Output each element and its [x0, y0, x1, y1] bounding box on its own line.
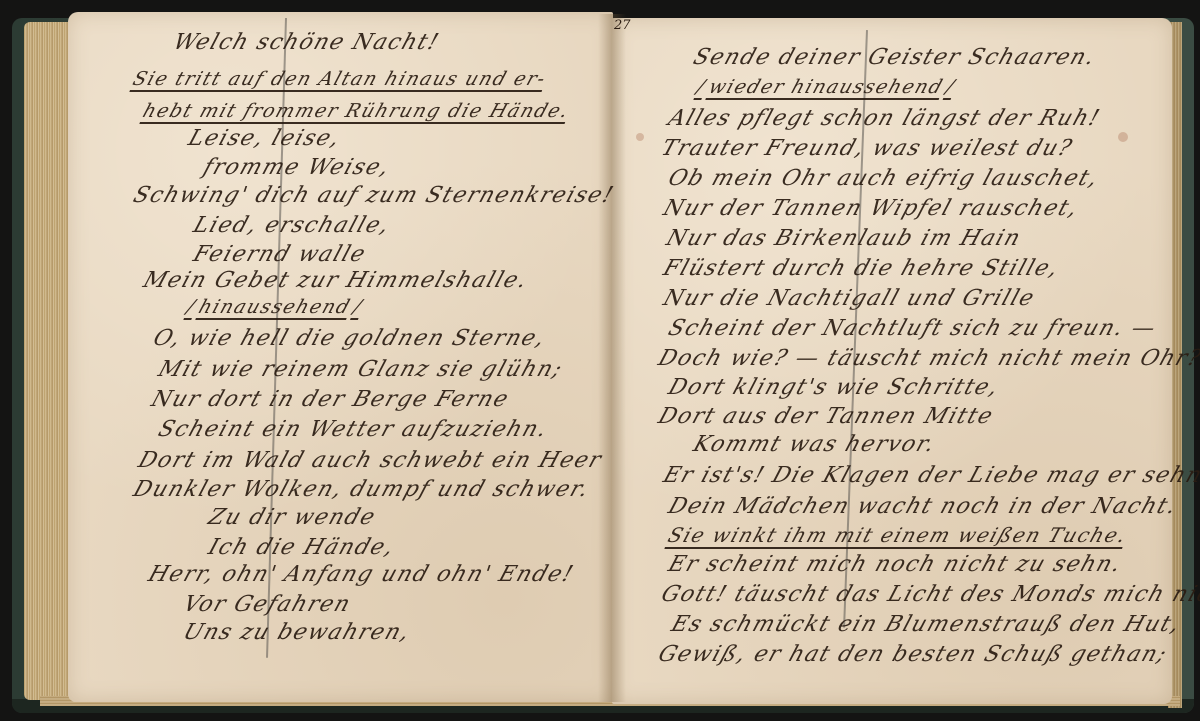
stage-direction-line: Sie winkt ihm mit einem weißen Tuche. — [665, 523, 1130, 547]
manuscript-line: Er ist's! Die Klagen der Liebe mag er se… — [660, 463, 1200, 488]
manuscript-line: Scheint ein Wetter aufzuziehn. — [155, 417, 551, 442]
manuscript-line: Vor Gefahren — [180, 592, 354, 617]
manuscript-line: Kommt was hervor. — [690, 432, 939, 457]
stage-direction-line: wieder hinaussehend — [690, 76, 962, 98]
manuscript-line: Schwing' dich auf zum Sternenkreise! — [130, 183, 617, 208]
manuscript-line: Sende deiner Geister Schaaren. — [690, 45, 1099, 70]
manuscript-line: Nur der Tannen Wipfel rauschet, — [660, 196, 1082, 221]
manuscript-line: Gewiß, er hat den besten Schuß gethan; — [655, 642, 1171, 667]
manuscript-line: Nur das Birkenlaub im Hain — [663, 226, 1025, 251]
manuscript-line: Lied, erschalle, — [190, 213, 393, 238]
manuscript-line: Alles pflegt schon längst der Ruh! — [665, 106, 1104, 131]
book-gutter — [598, 14, 626, 702]
manuscript-line: Mein Gebet zur Himmelshalle. — [140, 268, 531, 293]
manuscript-line: Nur dort in der Berge Ferne — [148, 387, 513, 412]
stage-direction-line: Sie tritt auf den Altan hinaus und er- — [130, 68, 549, 90]
page-number: 27 — [614, 18, 631, 33]
manuscript-line: Dunkler Wolken, dumpf und schwer. — [130, 477, 593, 502]
manuscript-line: Gott! täuscht das Licht des Monds mich n… — [658, 582, 1200, 607]
page-stack-left — [24, 22, 74, 700]
manuscript-line: fromme Weise, — [200, 155, 393, 180]
foxing-spot — [636, 133, 644, 141]
manuscript-line: Dort klingt's wie Schritte, — [665, 375, 1002, 400]
manuscript-line: Uns zu bewahren, — [180, 620, 414, 645]
manuscript-line: Trauter Freund, was weilest du? — [658, 136, 1076, 161]
manuscript-line: Doch wie? — täuscht mich nicht mein Ohr? — [655, 346, 1200, 371]
manuscript-line: Leise, leise, — [185, 126, 344, 151]
manuscript-line: Ich die Hände, — [205, 535, 398, 560]
manuscript-line: Feiernd walle — [190, 242, 370, 267]
foxing-spot — [1118, 132, 1128, 142]
stage-direction-line: hebt mit frommer Rührung die Hände. — [140, 100, 572, 122]
manuscript-line: Mit wie reinem Glanz sie glühn; — [155, 357, 566, 382]
manuscript-line: Ob mein Ohr auch eifrig lauschet, — [665, 166, 1102, 191]
manuscript-line: O, wie hell die goldnen Sterne, — [150, 326, 549, 351]
manuscript-line: Er scheint mich noch nicht zu sehn. — [665, 552, 1125, 577]
manuscript-line: Zu dir wende — [205, 505, 379, 530]
manuscript-line: Herr, ohn' Anfang und ohn' Ende! — [145, 562, 577, 587]
manuscript-line: Nur die Nachtigall und Grille — [660, 286, 1038, 311]
manuscript-line: Scheint der Nachtluft sich zu freun. — — [665, 316, 1160, 341]
manuscript-line: Es schmückt ein Blumenstrauß den Hut, — [668, 612, 1184, 637]
manuscript-line: Dort aus der Tannen Mitte — [655, 404, 997, 429]
manuscript-line: Flüstert durch die hehre Stille, — [660, 256, 1062, 281]
manuscript-line: Dein Mädchen wacht noch in der Nacht. — [665, 494, 1181, 519]
manuscript-line: Welch schöne Nacht! — [170, 30, 443, 55]
manuscript-photo: 27 Welch schöne Nacht! Sie tritt auf den… — [0, 0, 1200, 721]
stage-direction-line: hinaussehend — [180, 296, 370, 318]
manuscript-line: Dort im Wald auch schwebt ein Heer — [135, 448, 605, 473]
